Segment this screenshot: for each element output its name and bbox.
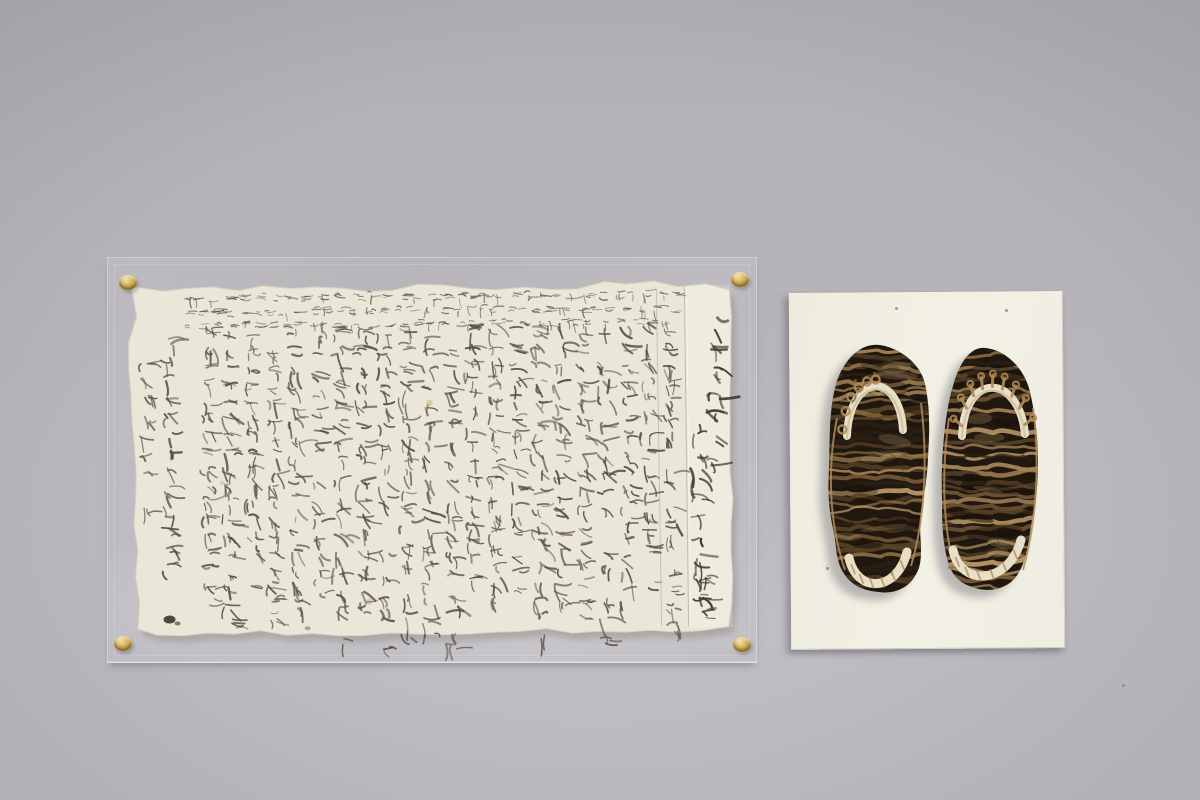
woven-hair-shoes	[795, 318, 1061, 600]
brass-fastener-bottom-right	[733, 637, 751, 652]
letter-paper	[128, 280, 736, 639]
dust-speck	[895, 307, 898, 310]
brass-fastener-top-left	[119, 275, 137, 290]
dust-speck	[948, 566, 951, 569]
brass-fastener-bottom-left	[114, 636, 132, 651]
dust-speck	[1005, 309, 1008, 312]
left-shoe	[815, 345, 942, 601]
exhibit-photo	[0, 0, 1200, 800]
right-shoe	[926, 344, 1060, 598]
dust-speck	[1122, 684, 1125, 687]
dust-speck	[826, 567, 829, 570]
brass-fastener-top-right	[731, 272, 749, 287]
